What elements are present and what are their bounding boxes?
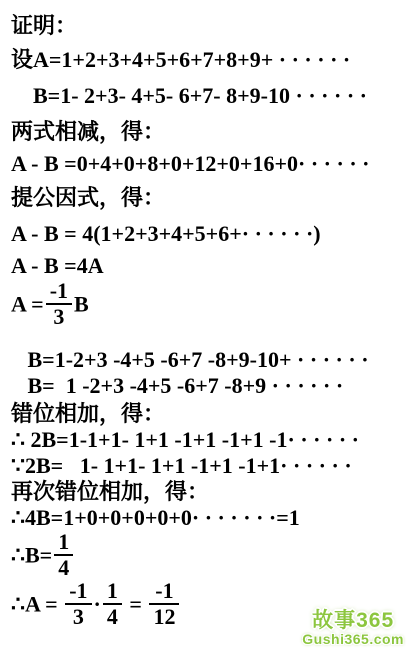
- fraction-denominator: 4: [103, 605, 122, 628]
- fraction-numerator: 1: [54, 531, 73, 556]
- formula-text: 提公因式，得：: [11, 185, 165, 210]
- line-B-equals-quarter: ∴B=14: [11, 533, 409, 582]
- formula-text: ∴ 2B=1-1+1- 1+1 -1+1 -1+1 -1· · · · · ·: [11, 427, 359, 452]
- fraction: 14: [54, 531, 73, 580]
- fraction-numerator: 1: [103, 580, 122, 605]
- formula-text: ∴B=: [11, 542, 52, 567]
- line-B-series-1: B=1-2+3 -4+5 -6+7 -8+9-10+ · · · · · ·: [11, 347, 409, 373]
- formula-text: A - B = 4(1+2+3+4+5+6+· · · · · ·): [11, 221, 321, 246]
- line-2B-shifted: ∵2B= 1- 1+1- 1+1 -1+1 -1+1· · · · · ·: [11, 453, 409, 479]
- line-offset-add-heading: 错位相加，得：: [11, 401, 409, 427]
- watermark-logo-text: 故事365: [302, 610, 404, 632]
- fraction: -112: [149, 580, 179, 629]
- formula-text: 两式相减，得：: [11, 119, 165, 144]
- formula-text: ∴4B=1+0+0+0+0+0· · · · · · ·=1: [11, 505, 300, 530]
- fraction-numerator: -1: [65, 580, 91, 605]
- formula-text: 再次错位相加，得：: [11, 479, 209, 504]
- formula-text: ∵2B= 1- 1+1- 1+1 -1+1 -1+1· · · · · ·: [11, 453, 352, 478]
- formula-text: ∴A =: [11, 591, 63, 616]
- fraction-denominator: 4: [54, 556, 73, 579]
- formula-text: ·: [94, 591, 101, 616]
- line-A-equals-third-B: A =-13B: [11, 282, 409, 331]
- formula-text: B=1- 2+3- 4+5- 6+7- 8+9-10 · · · · · ·: [11, 83, 367, 108]
- line-2B-result: ∴ 2B=1-1+1- 1+1 -1+1 -1+1 -1· · · · · ·: [11, 427, 409, 453]
- fraction-numerator: -1: [149, 580, 179, 605]
- line-define-A: 设A=1+2+3+4+5+6+7+8+9+ · · · · · ·: [11, 47, 409, 73]
- formula-text: A - B =4A: [11, 253, 104, 278]
- watermark: 故事365 Gushi365.com: [302, 610, 404, 647]
- fraction-numerator: -1: [46, 280, 72, 305]
- line-A-minus-B: A - B =0+4+0+8+0+12+0+16+0· · · · · ·: [11, 151, 409, 177]
- watermark-site-url: Gushi365.com: [302, 632, 404, 647]
- document-page: 证明：设A=1+2+3+4+5+6+7+8+9+ · · · · · · B=1…: [0, 0, 409, 652]
- formula-text: B: [74, 291, 89, 316]
- formula-text: =: [124, 591, 148, 616]
- proof-heading: 证明：: [11, 13, 409, 39]
- line-offset-again-heading: 再次错位相加，得：: [11, 479, 409, 505]
- line-A-minus-B-equals-4A: A - B =4A: [11, 253, 409, 279]
- formula-text: 证明：: [11, 13, 77, 38]
- formula-text: B= 1 -2+3 -4+5 -6+7 -8+9 · · · · · ·: [11, 373, 343, 398]
- line-subtract-heading: 两式相减，得：: [11, 119, 409, 145]
- fraction: -13: [65, 580, 91, 629]
- formula-text: B=1-2+3 -4+5 -6+7 -8+9-10+ · · · · · ·: [11, 347, 369, 372]
- line-define-B: B=1- 2+3- 4+5- 6+7- 8+9-10 · · · · · ·: [11, 83, 409, 109]
- line-A-minus-B-factored: A - B = 4(1+2+3+4+5+6+· · · · · ·): [11, 221, 409, 247]
- formula-text: 设A=1+2+3+4+5+6+7+8+9+ · · · · · ·: [11, 47, 350, 72]
- line-4B-equals-1: ∴4B=1+0+0+0+0+0· · · · · · ·=1: [11, 505, 409, 531]
- fraction-denominator: 3: [46, 305, 72, 328]
- fraction: 14: [103, 580, 122, 629]
- fraction-denominator: 3: [65, 605, 91, 628]
- proof-body: 证明：设A=1+2+3+4+5+6+7+8+9+ · · · · · · B=1…: [0, 0, 409, 631]
- line-factor-heading: 提公因式，得：: [11, 185, 409, 211]
- line-B-series-shifted: B= 1 -2+3 -4+5 -6+7 -8+9 · · · · · ·: [11, 373, 409, 399]
- formula-text: A - B =0+4+0+8+0+12+0+16+0· · · · · ·: [11, 151, 370, 176]
- fraction: -13: [46, 280, 72, 329]
- fraction-denominator: 12: [149, 605, 179, 628]
- formula-text: 错位相加，得：: [11, 401, 165, 426]
- formula-text: A =: [11, 291, 44, 316]
